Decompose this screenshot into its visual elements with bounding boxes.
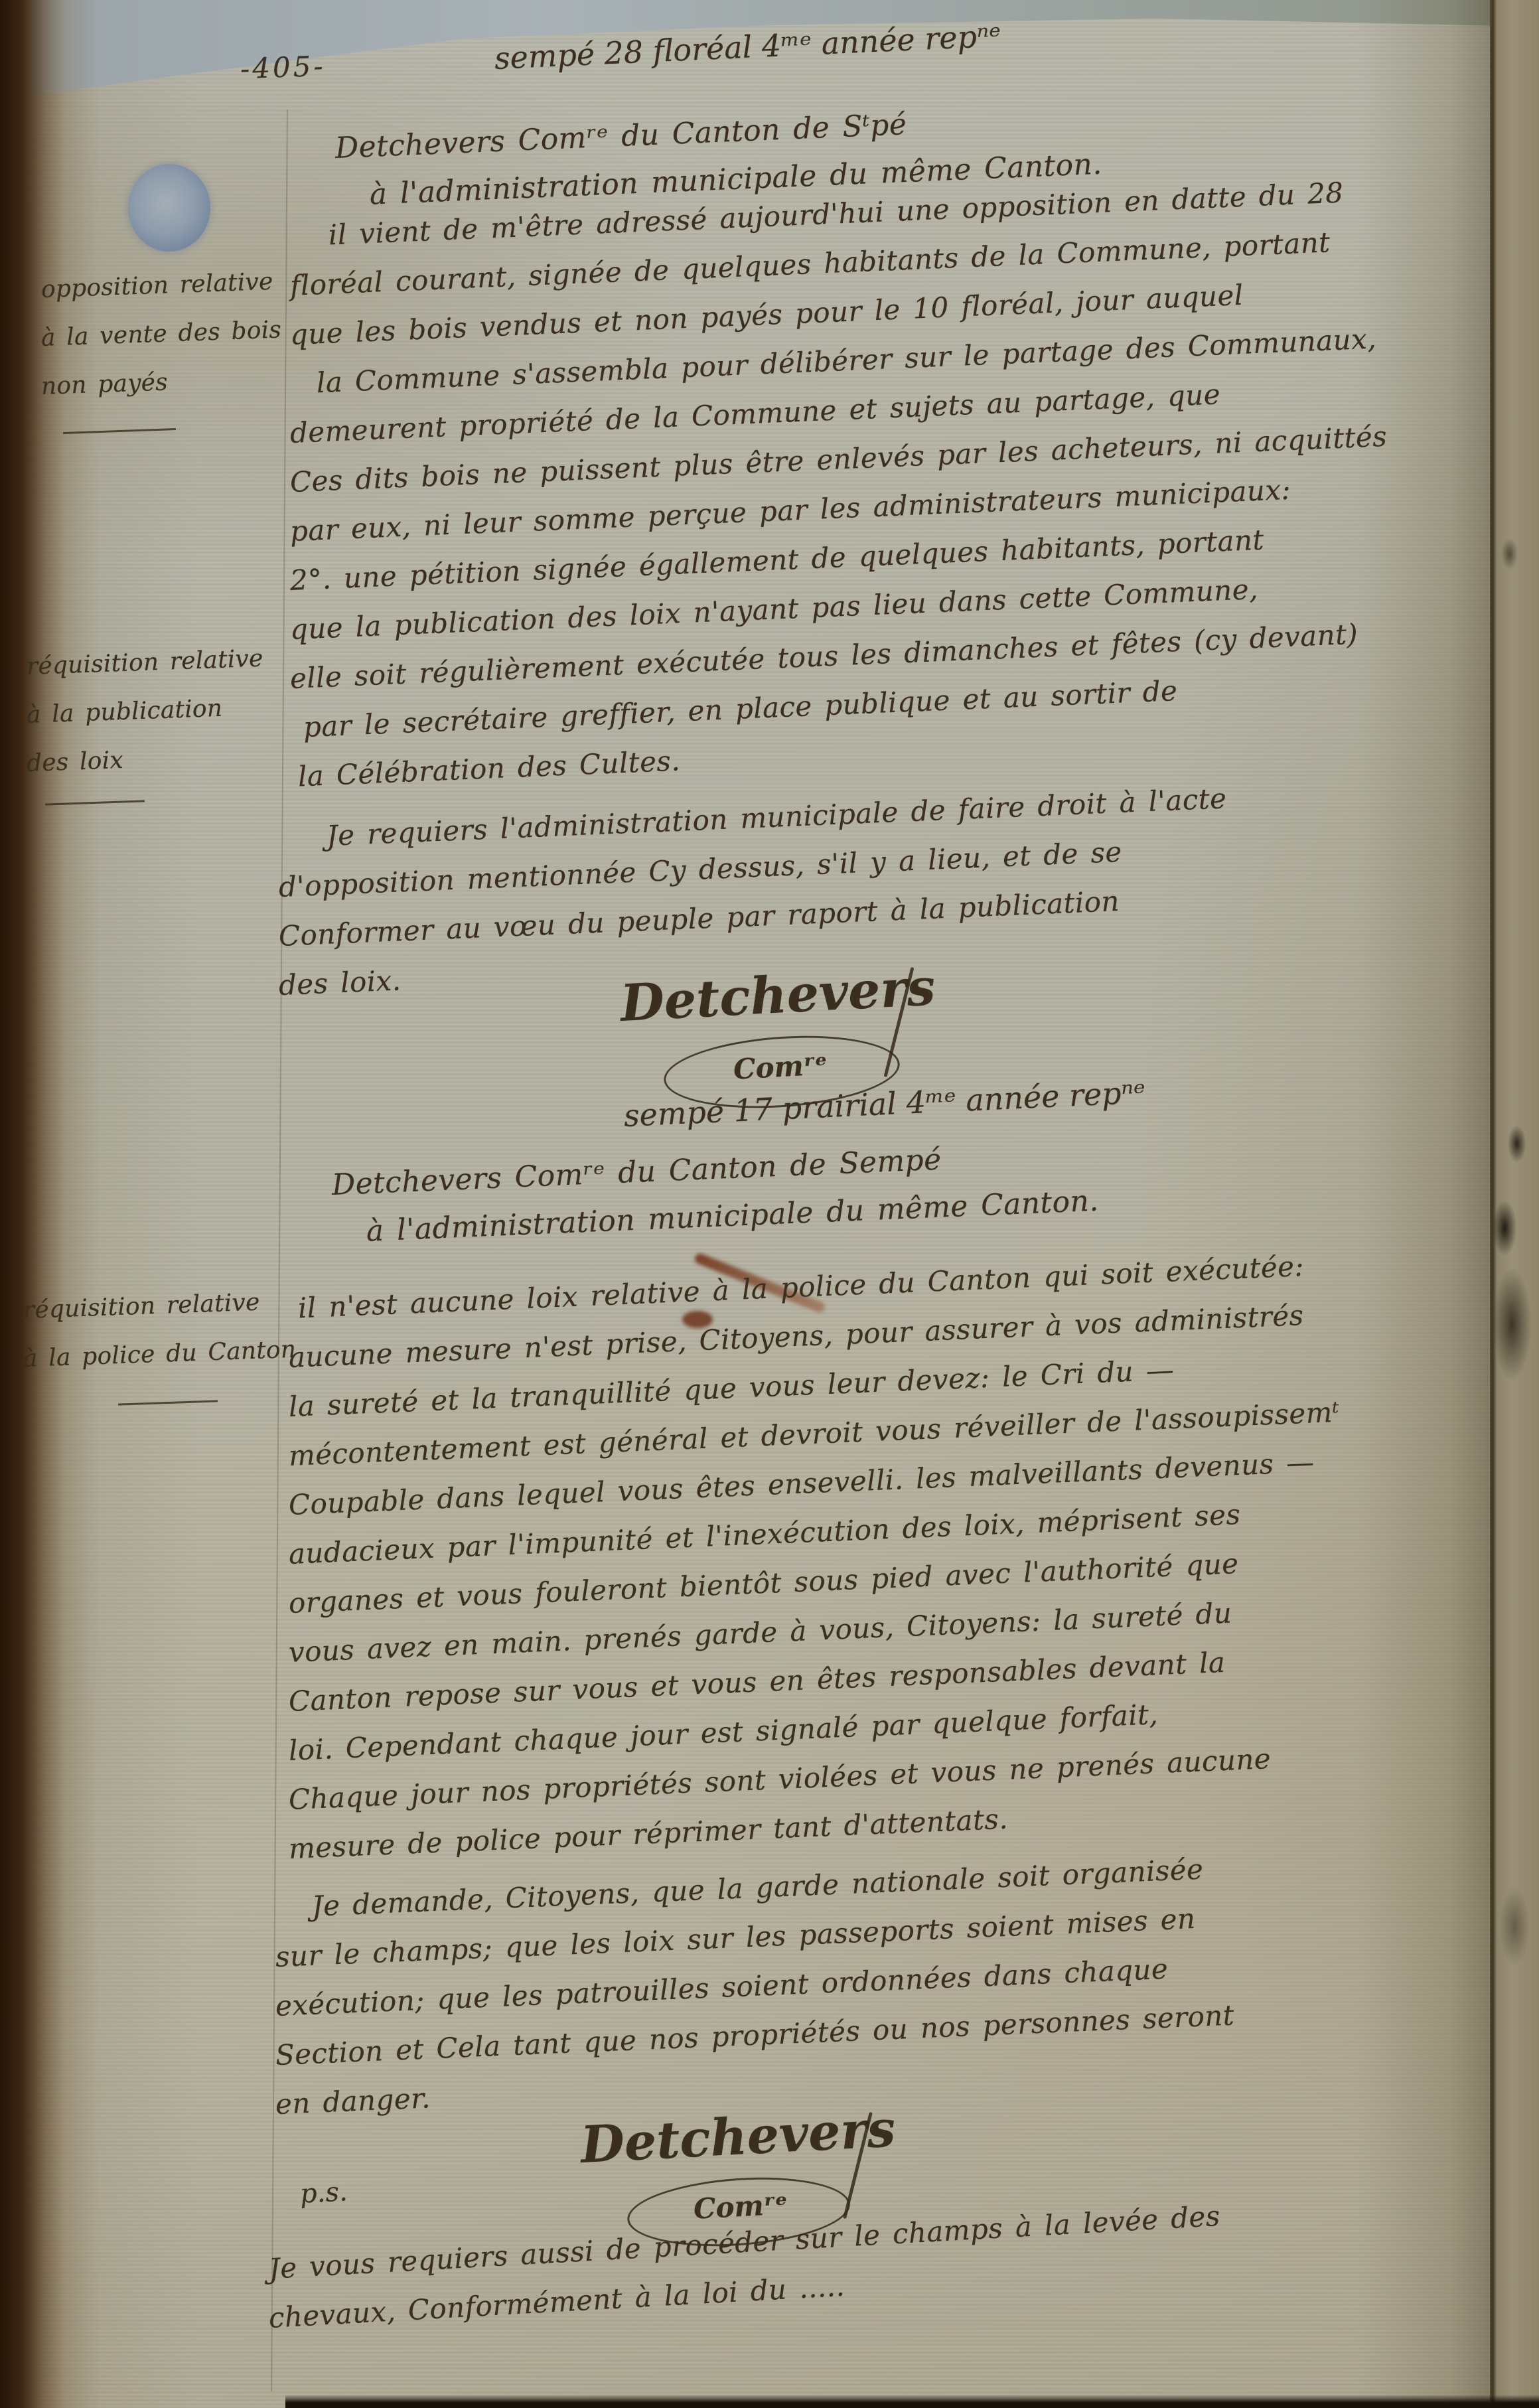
- signature-title: Comʳᵉ: [733, 1049, 828, 1085]
- next-page-edge: [1490, 0, 1539, 2408]
- margin-note-line: non payés: [40, 354, 282, 411]
- ps-label: p.s.: [299, 2177, 348, 2209]
- margin-note-line: à la police du Canton: [23, 1325, 297, 1383]
- letter2-body: il n'est aucune loix relative à la polic…: [289, 1284, 1341, 1874]
- blue-ink-stamp: [128, 164, 210, 252]
- letter2-request: Je demande, Citoyens, que la garde natio…: [275, 1884, 1235, 2129]
- margin-note-line: à la vente des bois: [40, 305, 282, 362]
- letter1-body: il vient de m'être adressé aujourd'hui u…: [290, 212, 1388, 802]
- ps-body: Je vous requiers aussi de procéder sur l…: [269, 2245, 1222, 2343]
- margin-note-opposition: opposition relative à la vente des bois …: [41, 265, 281, 411]
- margin-note-line: des loix: [26, 731, 264, 788]
- margin-note-line: opposition relative: [40, 257, 282, 314]
- page-bottom-edge: [285, 2395, 1539, 2408]
- manuscript-scan: -405- sempé 28 floréal 4ᵐᵉ année repⁿᵉ D…: [0, 0, 1539, 2408]
- page-number: -405-: [240, 50, 326, 85]
- margin-note-publication: réquisition relative à la publication de…: [27, 642, 263, 788]
- margin-note-line: réquisition relative: [26, 635, 264, 691]
- margin-note-police: réquisition relative à la police du Cant…: [23, 1286, 296, 1383]
- margin-note-line: à la publication: [26, 683, 264, 739]
- letter2-heading: Detchevers Comʳᵉ du Canton de Sempé à l'…: [332, 1162, 1100, 1257]
